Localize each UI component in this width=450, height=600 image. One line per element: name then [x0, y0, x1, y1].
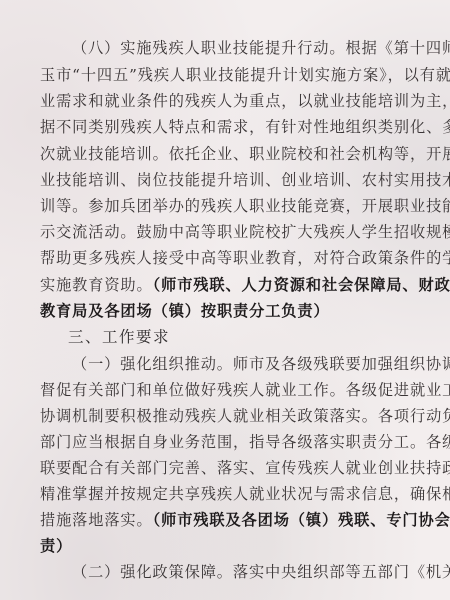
text-segment: 据不同类别残疾人特点和需求，有针对性地组织类别化、多层 [40, 118, 450, 136]
text-segment: 精准掌握并按规定共享残疾人就业状况与需求信息，确保相关 [40, 485, 450, 503]
text-line: 帮助更多残疾人接受中高等职业教育，对符合政策条件的学生 [40, 248, 384, 268]
responsibility-note: （师市残联、人力资源和社会保障局、财政局、 [153, 276, 450, 294]
text-segment: 玉市“十四五”残疾人职业技能提升计划实施方案》，以有就 [40, 66, 450, 84]
text-segment: 帮助更多残疾人接受中高等职业教育，对符合政策条件的学生 [40, 249, 450, 267]
text-segment: （八）实施残疾人职业技能提升行动。根据《第十四师昆 [72, 39, 450, 57]
text-line: 精准掌握并按规定共享残疾人就业状况与需求信息，确保相关 [40, 484, 384, 504]
text-line: （一）强化组织推动。师市及各级残联要加强组织协调， [72, 354, 384, 374]
text-segment: 联要配合有关部门完善、落实、宣传残疾人就业创业扶持政策 [40, 459, 450, 477]
text-segment: 示交流活动。鼓励中高等职业院校扩大残疾人学生招收规模， [40, 223, 450, 241]
text-segment: 训等。参加兵团举办的残疾人职业技能竞赛，开展职业技能展 [40, 197, 450, 215]
text-segment: 督促有关部门和单位做好残疾人就业工作。各级促进就业工作 [40, 381, 450, 399]
text-line: 教育局及各团场（镇）按职责分工负责） [40, 301, 384, 321]
text-line: 业技能培训、岗位技能提升培训、创业培训、农村实用技术培 [40, 170, 384, 190]
section-heading: 三、工作要求 [68, 327, 412, 347]
text-line: 责） [40, 536, 384, 556]
responsibility-note: 教育局及各团场（镇）按职责分工负责） [40, 302, 330, 320]
document-page: （八）实施残疾人职业技能提升行动。根据《第十四师昆 玉市“十四五”残疾人职业技能… [0, 0, 450, 600]
text-line: 部门应当根据自身业务范围，指导各级落实职责分工。各级残 [40, 432, 384, 452]
text-line: 联要配合有关部门完善、落实、宣传残疾人就业创业扶持政策 [40, 458, 384, 478]
text-line: 训等。参加兵团举办的残疾人职业技能竞赛，开展职业技能展 [40, 196, 384, 216]
text-segment: （一）强化组织推动。师市及各级残联要加强组织协调， [72, 355, 450, 373]
text-segment: 协调机制要积极推动残疾人就业相关政策落实。各项行动负责 [40, 407, 450, 425]
text-line: 据不同类别残疾人特点和需求，有针对性地组织类别化、多层 [40, 117, 384, 137]
text-segment: 业技能培训、岗位技能提升培训、创业培训、农村实用技术培 [40, 171, 450, 189]
text-line: （二）强化政策保障。落实中央组织部等五部门《机关、 [72, 562, 384, 582]
text-segment: 次就业技能培训。依托企业、职业院校和社会机构等，开展就 [40, 145, 450, 163]
text-line: （八）实施残疾人职业技能提升行动。根据《第十四师昆 [72, 38, 384, 58]
text-segment: 部门应当根据自身业务范围，指导各级落实职责分工。各级残 [40, 433, 450, 451]
text-segment: 措施落地落实。 [40, 511, 153, 529]
text-segment: （二）强化政策保障。落实中央组织部等五部门《机关、 [72, 563, 450, 581]
responsibility-note: 责） [40, 537, 72, 555]
text-line: 示交流活动。鼓励中高等职业院校扩大残疾人学生招收规模， [40, 222, 384, 242]
text-segment: 实施教育资助。 [40, 276, 153, 294]
text-line: 玉市“十四五”残疾人职业技能提升计划实施方案》，以有就 [40, 65, 384, 85]
text-line: 业需求和就业条件的残疾人为重点，以就业技能培训为主，根 [40, 91, 384, 111]
text-line: 督促有关部门和单位做好残疾人就业工作。各级促进就业工作 [40, 380, 384, 400]
text-line: 次就业技能培训。依托企业、职业院校和社会机构等，开展就 [40, 144, 384, 164]
responsibility-note: （师市残联及各团场（镇）残联、专门协会负 [153, 511, 450, 529]
text-line: 实施教育资助。（师市残联、人力资源和社会保障局、财政局、 [40, 275, 384, 295]
text-segment: 业需求和就业条件的残疾人为重点，以就业技能培训为主，根 [40, 92, 450, 110]
text-line: 协调机制要积极推动残疾人就业相关政策落实。各项行动负责 [40, 406, 384, 426]
text-line: 措施落地落实。（师市残联及各团场（镇）残联、专门协会负 [40, 510, 384, 530]
